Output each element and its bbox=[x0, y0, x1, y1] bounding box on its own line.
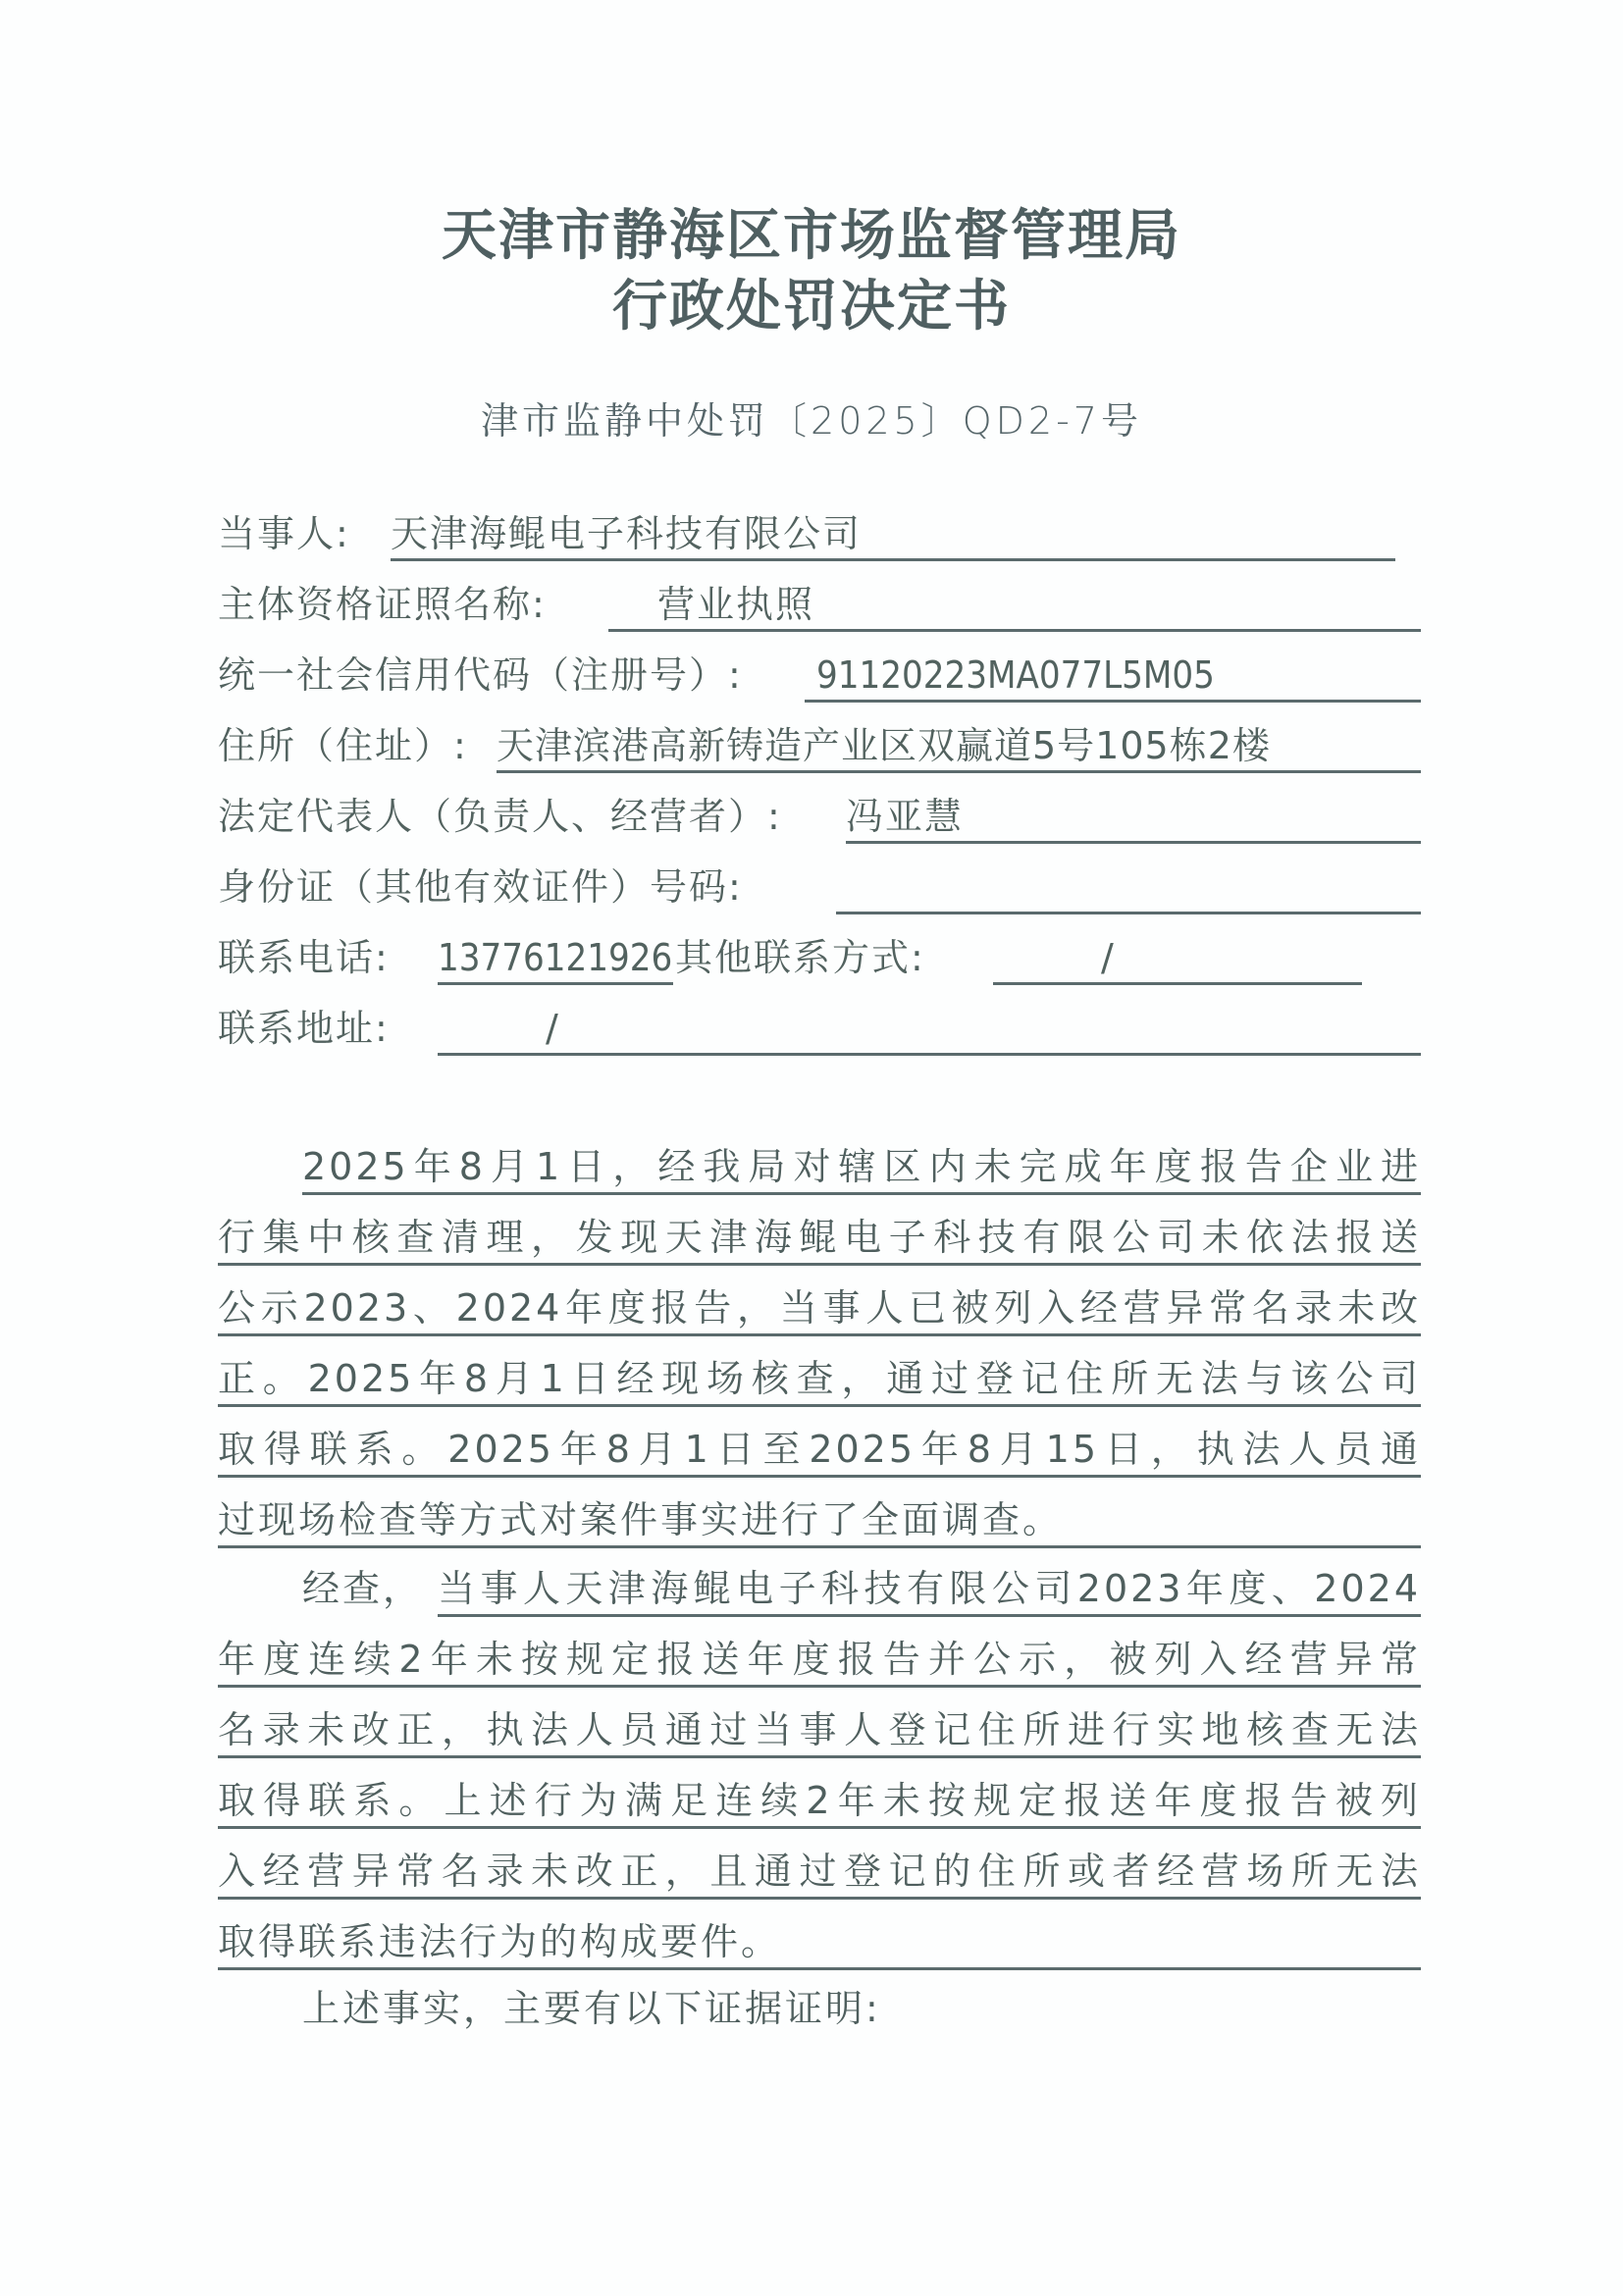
id-number-label: 身份证（其他有效证件）号码: bbox=[218, 865, 743, 909]
paragraph-line: 入经营异常名录未改正，且通过登记的住所或者经营场所无法 bbox=[218, 1843, 1421, 1900]
phone-value: 13776121926 bbox=[438, 930, 673, 985]
id-number-value bbox=[836, 860, 1421, 914]
paragraph-line: 取得联系。2025年8月1日至2025年8月15日，执法人员通 bbox=[218, 1421, 1421, 1478]
license-name-value: 营业执照 bbox=[608, 577, 1421, 632]
paragraph-line: 取得联系。上述行为满足连续2年未按规定报送年度报告被列 bbox=[218, 1772, 1421, 1829]
paragraph-line: 名录未改正，执法人员通过当事人登记住所进行实地核查无法 bbox=[218, 1701, 1421, 1758]
address-label: 住所（住址）: bbox=[218, 724, 468, 767]
contact-address-value: / bbox=[438, 1001, 1421, 1056]
other-contact-value: / bbox=[993, 930, 1362, 985]
contact-address-row: 联系地址: / bbox=[218, 1001, 1421, 1056]
document-number: 津市监静中处罚〔2025〕QD2-7号 bbox=[0, 391, 1623, 444]
contact-address-label: 联系地址: bbox=[218, 1007, 390, 1050]
license-name-row: 主体资格证照名称: 营业执照 bbox=[218, 577, 1421, 632]
party-label: 当事人: bbox=[218, 512, 350, 555]
paragraph-line: 年度连续2年未按规定报送年度报告并公示，被列入经营异常 bbox=[218, 1631, 1421, 1688]
paragraph-line: 上述事实，主要有以下证据证明: bbox=[302, 1980, 1421, 2037]
address-row: 住所（住址）: 天津滨港高新铸造产业区双赢道5号105栋2楼 bbox=[218, 718, 1421, 773]
credit-code-label: 统一社会信用代码（注册号）: bbox=[218, 653, 743, 697]
paragraph-line: 行集中核查清理，发现天津海鲲电子科技有限公司未依法报送 bbox=[218, 1209, 1421, 1266]
address-value: 天津滨港高新铸造产业区双赢道5号105栋2楼 bbox=[497, 718, 1421, 773]
party-row: 当事人: 天津海鲲电子科技有限公司 bbox=[218, 506, 1395, 561]
paragraph-prefix: 经查， bbox=[302, 1560, 436, 1617]
agency-title: 天津市静海区市场监督管理局 bbox=[0, 192, 1623, 271]
license-name-label: 主体资格证照名称: bbox=[218, 583, 547, 626]
legal-rep-row: 法定代表人（负责人、经营者）: 冯亚慧 bbox=[218, 789, 1421, 844]
id-number-row: 身份证（其他有效证件）号码: bbox=[218, 860, 1421, 914]
party-value: 天津海鲲电子科技有限公司 bbox=[391, 506, 1395, 561]
paragraph-line: 当事人天津海鲲电子科技有限公司2023年度、2024 bbox=[438, 1560, 1421, 1617]
paragraph-line: 2025年8月1日，经我局对辖区内未完成年度报告企业进 bbox=[302, 1138, 1421, 1195]
paragraph-line: 过现场检查等方式对案件事实进行了全面调查。 bbox=[218, 1491, 1421, 1548]
credit-code-row: 统一社会信用代码（注册号）: 91120223MA077L5M05 bbox=[218, 648, 1421, 703]
other-contact-label: 其他联系方式: bbox=[675, 930, 925, 985]
phone-row: 联系电话: 13776121926 其他联系方式: / bbox=[218, 930, 1421, 985]
credit-code-value: 91120223MA077L5M05 bbox=[805, 648, 1421, 703]
legal-rep-label: 法定代表人（负责人、经营者）: bbox=[218, 795, 782, 838]
paragraph-line: 正。2025年8月1日经现场核查，通过登记住所无法与该公司 bbox=[218, 1350, 1421, 1407]
paragraph-line: 取得联系违法行为的构成要件。 bbox=[218, 1913, 1421, 1970]
document-type-title: 行政处罚决定书 bbox=[0, 263, 1623, 341]
paragraph-line: 公示2023、2024年度报告，当事人已被列入经营异常名录未改 bbox=[218, 1279, 1421, 1336]
phone-label: 联系电话: bbox=[218, 936, 390, 979]
legal-rep-value: 冯亚慧 bbox=[846, 789, 1421, 844]
